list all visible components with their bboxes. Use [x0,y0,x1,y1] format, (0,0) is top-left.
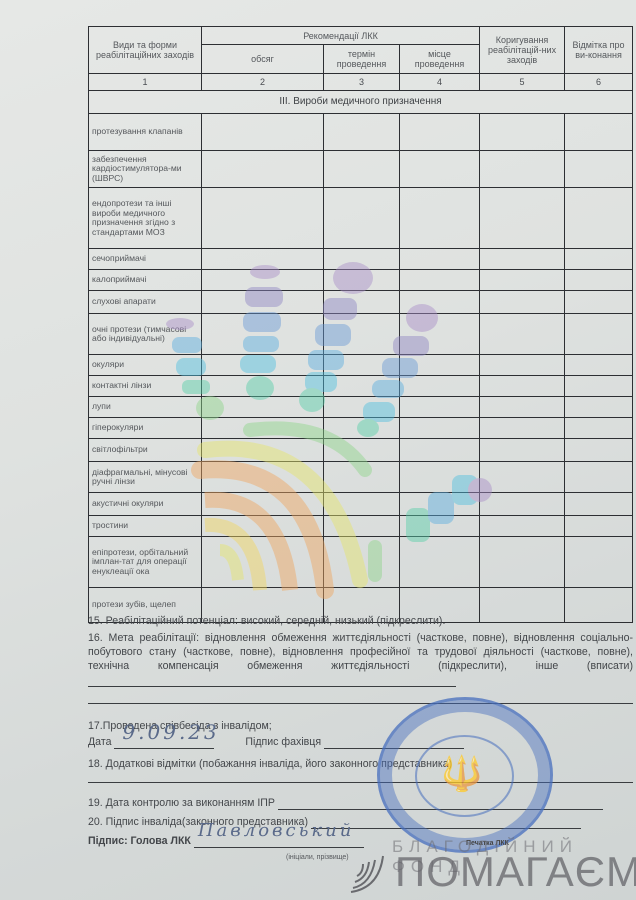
table-cell[interactable] [324,493,400,516]
table-cell[interactable] [565,376,633,397]
table-cell[interactable] [480,439,565,462]
table-cell[interactable] [480,188,565,249]
table-row: забезпечення кардіостимулятора-ми (ШВРС) [89,151,633,188]
table-cell[interactable] [324,314,400,355]
table-cell[interactable] [480,114,565,151]
header-types: Види та форми реабілітаційних заходів [89,27,202,74]
row-label: епіпротези, орбітальний імплан-тат для о… [89,537,202,588]
table-row: тростини [89,516,633,537]
table-row: окуляри [89,355,633,376]
table-cell[interactable] [400,188,480,249]
table-row: контактні лінзи [89,376,633,397]
item-16-other-field[interactable] [88,675,456,687]
item-15-rehab-potential: 15. Реабілітаційний потенціал: високий, … [88,614,633,628]
table-cell[interactable] [400,418,480,439]
table-cell[interactable] [480,462,565,493]
table-row: епіпротези, орбітальний імплан-тат для о… [89,537,633,588]
table-cell[interactable] [400,114,480,151]
table-cell[interactable] [565,270,633,291]
table-row: сечоприймачі [89,249,633,270]
column-number: 3 [324,74,400,91]
header-correction: Коригування реабілітацій-них заходів [480,27,565,74]
table-row: калоприймачі [89,270,633,291]
table-cell[interactable] [202,151,324,188]
table-cell[interactable] [400,537,480,588]
table-cell[interactable] [565,418,633,439]
table-cell[interactable] [480,516,565,537]
column-number: 2 [202,74,324,91]
item-19-label: 19. Дата контролю за виконанням ІПР [88,797,275,809]
table-cell[interactable] [324,355,400,376]
row-label: діафрагмальні, мінусові ручні лінзи [89,462,202,493]
table-cell[interactable] [400,270,480,291]
table-cell[interactable] [324,462,400,493]
table-cell[interactable] [202,291,324,314]
trident-icon: 🔱 [440,752,484,796]
row-label: тростини [89,516,202,537]
table-cell[interactable] [565,151,633,188]
date-row: Дата 9.09.23 Підпис фахівця [88,735,633,749]
table-row: слухові апарати [89,291,633,314]
table-cell[interactable] [202,439,324,462]
table-cell[interactable] [480,376,565,397]
table-cell[interactable] [565,397,633,418]
date-label: Дата [88,736,111,748]
table-row: акустичні окуляри [89,493,633,516]
table-cell[interactable] [400,493,480,516]
table-cell[interactable] [202,462,324,493]
table-cell[interactable] [324,151,400,188]
table-cell[interactable] [400,462,480,493]
table-cell[interactable] [324,418,400,439]
table-row: світлофільтри [89,439,633,462]
table-cell[interactable] [565,493,633,516]
table-cell[interactable] [400,516,480,537]
table-cell[interactable] [324,376,400,397]
document-page: Види та форми реабілітаційних заходів Ре… [0,0,636,900]
header-volume: обсяг [202,45,324,74]
item-18-additional-notes: 18. Додаткові відмітки (побажання інвалі… [88,757,633,771]
row-label: окуляри [89,355,202,376]
table-cell[interactable] [202,270,324,291]
item-19-row: 19. Дата контролю за виконанням ІПР [88,796,633,810]
header-lkk-recommendations: Рекомендації ЛКК [202,27,480,45]
row-label: слухові апарати [89,291,202,314]
table-cell[interactable] [480,249,565,270]
table-row: діафрагмальні, мінусові ручні лінзи [89,462,633,493]
header-term: термін проведення [324,45,400,74]
table-cell[interactable] [324,270,400,291]
initials-caption: (ініціали, прізвище) [286,854,349,861]
table-cell[interactable] [324,114,400,151]
table-cell[interactable] [480,355,565,376]
watermark-logo: ПОМАГАЄМ [395,850,636,894]
section-title: III. Вироби медичного призначення [89,91,633,114]
head-sign-field[interactable]: Павловський [194,836,364,848]
table-cell[interactable] [400,249,480,270]
table-cell[interactable] [202,314,324,355]
row-label: лупи [89,397,202,418]
table-cell[interactable] [324,291,400,314]
table-cell[interactable] [202,249,324,270]
row-label: очні протези (тимчасові або індивідуальн… [89,314,202,355]
column-number: 4 [400,74,480,91]
row-label: калоприймачі [89,270,202,291]
table-row: очні протези (тимчасові або індивідуальн… [89,314,633,355]
table-cell[interactable] [202,397,324,418]
table-cell[interactable] [480,291,565,314]
table-cell[interactable] [324,516,400,537]
table-cell[interactable] [480,418,565,439]
table-cell[interactable] [400,355,480,376]
row-label: акустичні окуляри [89,493,202,516]
table-cell[interactable] [202,418,324,439]
row-label: забезпечення кардіостимулятора-ми (ШВРС) [89,151,202,188]
table-cell[interactable] [400,291,480,314]
table-cell[interactable] [202,516,324,537]
column-numbers-row: 1 2 3 4 5 6 [89,74,633,91]
row-label: світлофільтри [89,439,202,462]
date-field[interactable]: 9.09.23 [114,737,214,749]
watermark-fingerprint-icon [345,848,395,894]
table-cell[interactable] [324,537,400,588]
table-cell[interactable] [324,249,400,270]
table-cell[interactable] [565,355,633,376]
table-cell[interactable] [202,355,324,376]
table-cell[interactable] [400,397,480,418]
item-20-row: 20. Підпис інваліда(законного представни… [88,815,633,829]
column-number: 6 [565,74,633,91]
date-value: 9.09.23 [122,725,219,739]
head-sign-label: Підпис: Голова ЛКК [88,835,191,847]
table-cell[interactable] [480,537,565,588]
row-label: контактні лінзи [89,376,202,397]
table-cell[interactable] [480,314,565,355]
notes-line[interactable] [88,782,633,783]
table-cell[interactable] [400,376,480,397]
table-cell[interactable] [565,462,633,493]
table-cell[interactable] [565,439,633,462]
table-cell[interactable] [565,291,633,314]
table-cell[interactable] [202,376,324,397]
table-cell[interactable] [400,314,480,355]
table-cell[interactable] [202,188,324,249]
header-place: місце проведення [400,45,480,74]
table-body: протезування клапанівзабезпечення кардіо… [89,114,633,623]
table-cell[interactable] [565,114,633,151]
table-cell[interactable] [565,314,633,355]
table-cell[interactable] [324,439,400,462]
table-cell[interactable] [202,114,324,151]
table-cell[interactable] [400,439,480,462]
row-label: ендопротези та інші вироби медичного при… [89,188,202,249]
header-completion-mark: Відмітка про ви-конання [565,27,633,74]
table-cell[interactable] [400,151,480,188]
item-16-rehab-goal: 16. Мета реабілітації: відновлення обмеж… [88,631,633,687]
table-cell[interactable] [480,397,565,418]
table-cell[interactable] [324,188,400,249]
table-row: ендопротези та інші вироби медичного при… [89,188,633,249]
item-16-text: 16. Мета реабілітації: відновлення обмеж… [88,632,633,672]
table-row: лупи [89,397,633,418]
head-signature: Павловський [198,824,355,838]
table-cell[interactable] [480,151,565,188]
row-label: сечоприймачі [89,249,202,270]
table-cell[interactable] [324,397,400,418]
table-row: гіперокуляри [89,418,633,439]
table-cell[interactable] [480,493,565,516]
rehabilitation-table: Види та форми реабілітаційних заходів Ре… [88,26,633,623]
table-cell[interactable] [565,188,633,249]
column-number: 1 [89,74,202,91]
blank-line [88,703,633,704]
table-cell[interactable] [202,537,324,588]
table-cell[interactable] [565,249,633,270]
row-label: гіперокуляри [89,418,202,439]
column-number: 5 [480,74,565,91]
row-label: протезування клапанів [89,114,202,151]
table-row: протезування клапанів [89,114,633,151]
table-cell[interactable] [565,537,633,588]
table-cell[interactable] [202,493,324,516]
specialist-sign-label: Підпис фахівця [245,736,321,748]
table-cell[interactable] [480,270,565,291]
table-cell[interactable] [565,516,633,537]
